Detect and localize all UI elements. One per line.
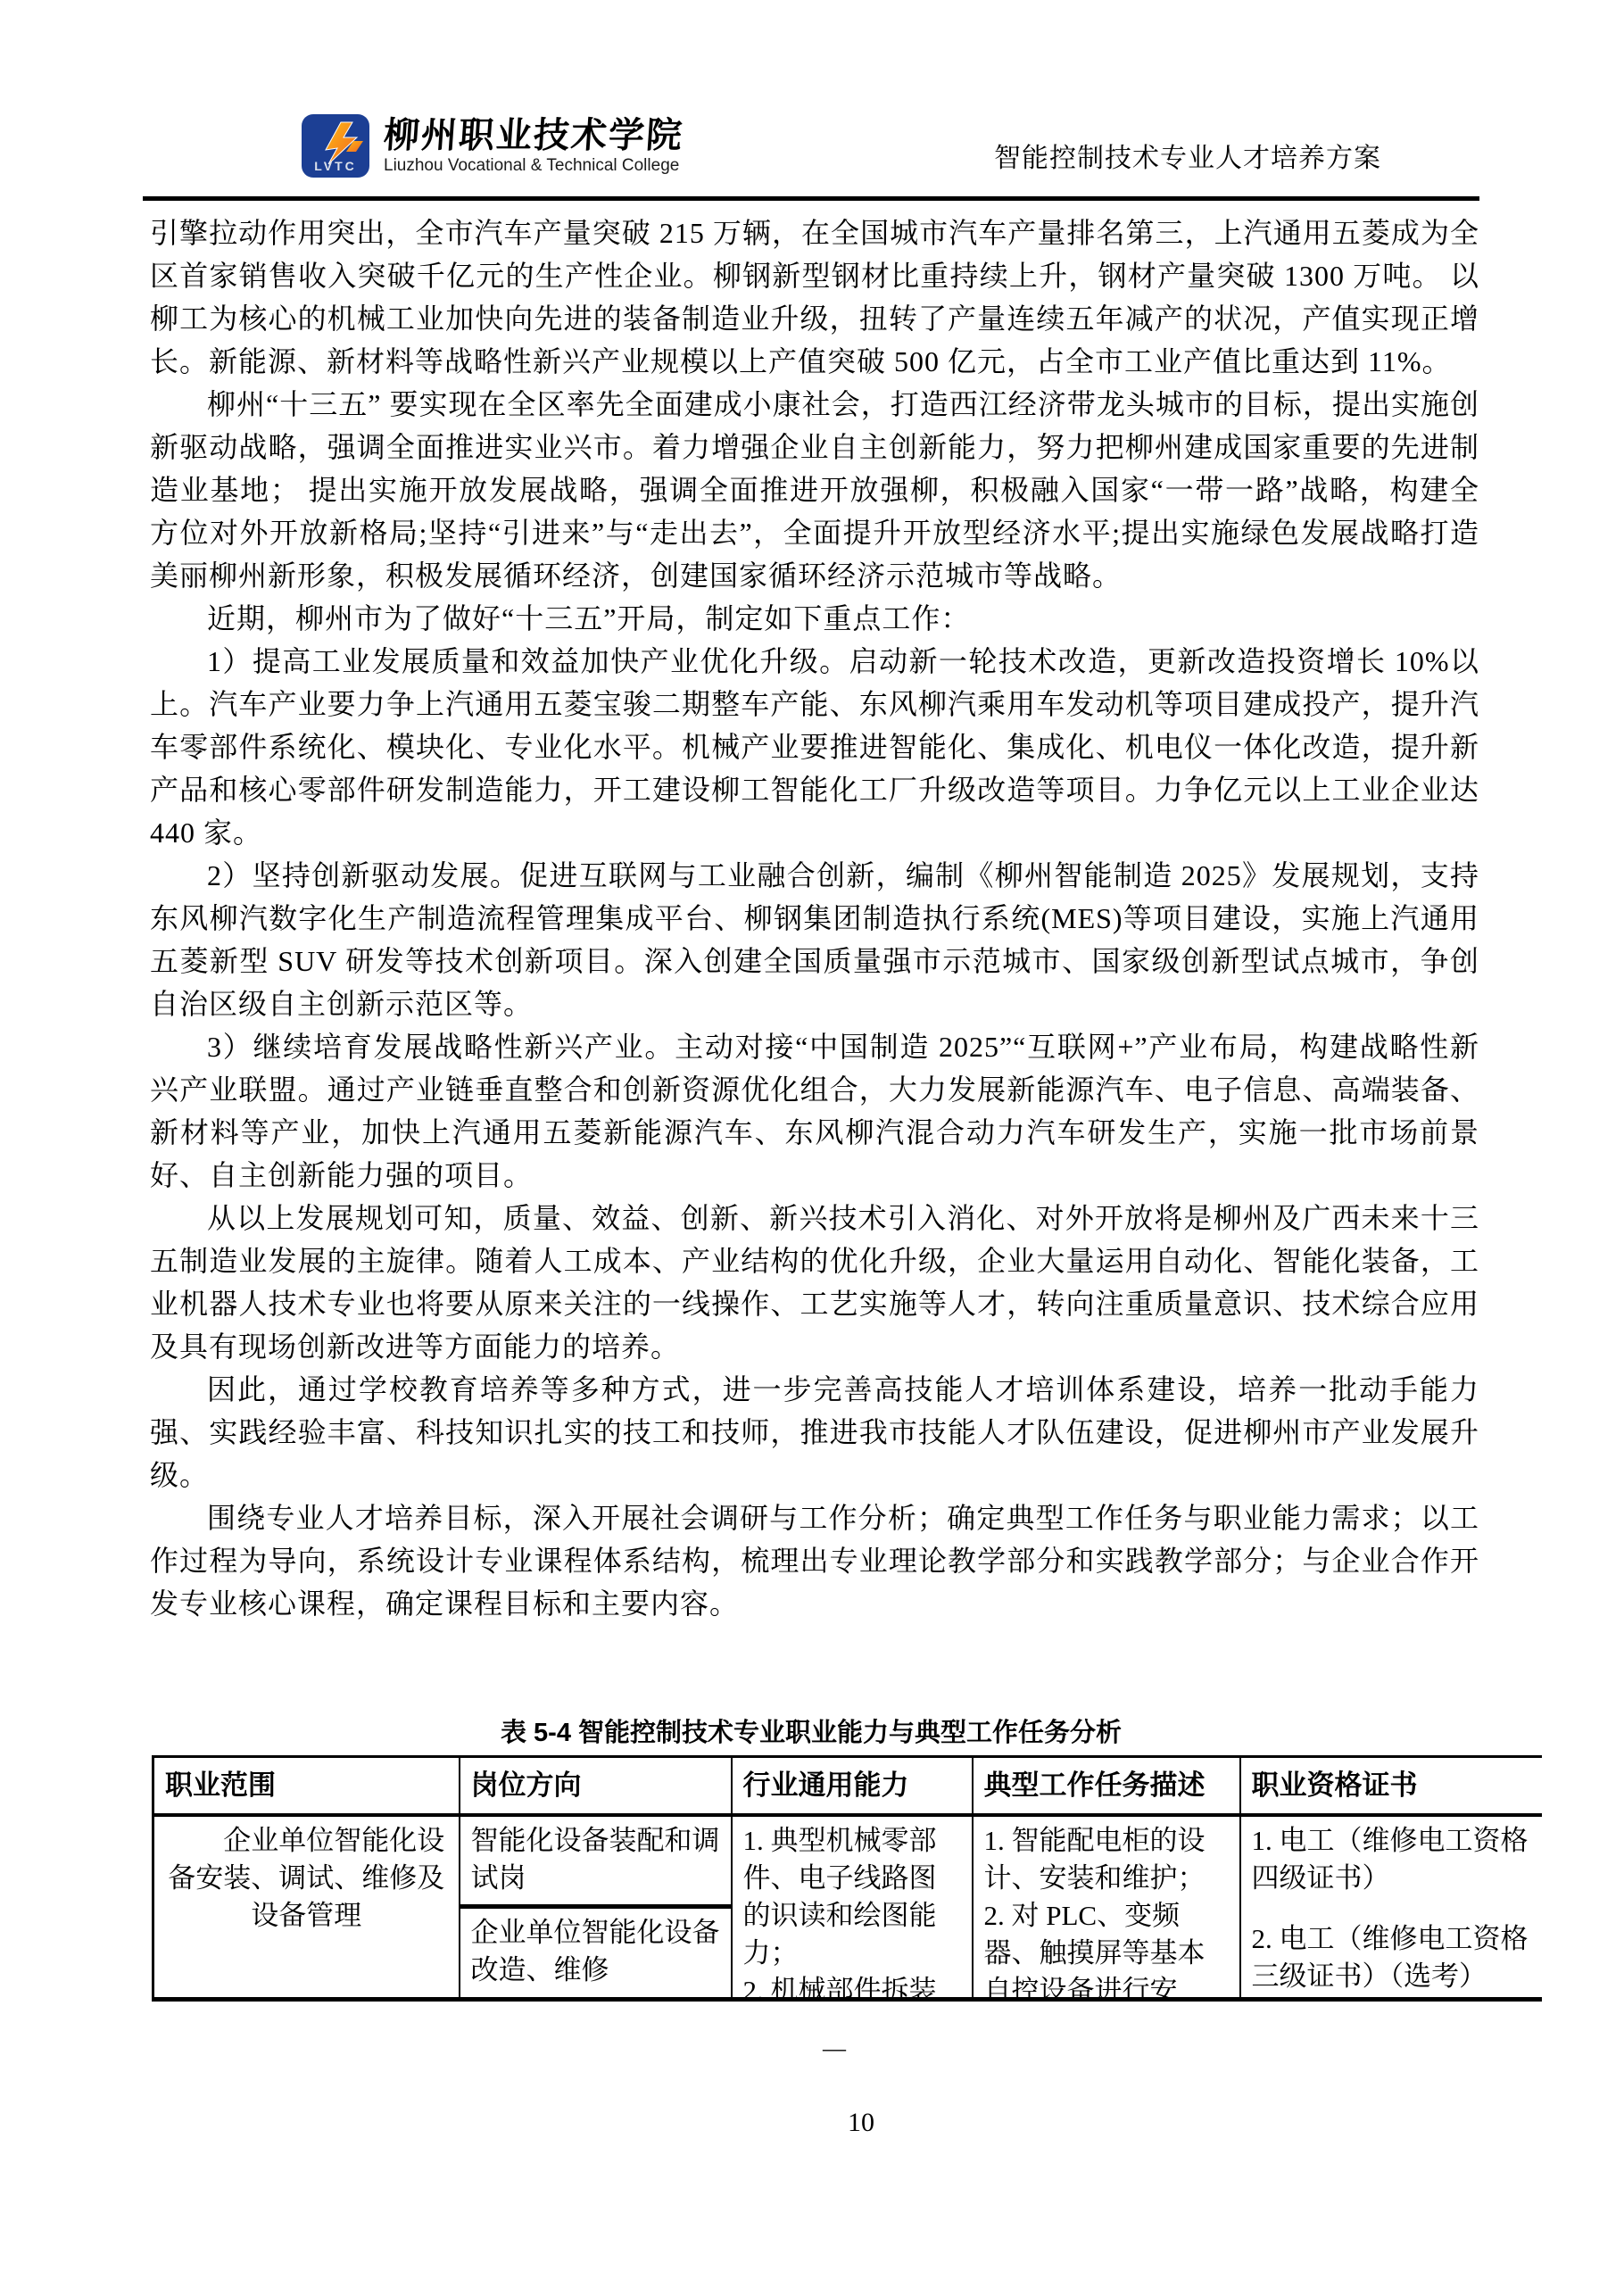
school-name-zh: 柳州职业技术学院 xyxy=(382,116,684,155)
cell-typical-tasks: 1. 智能配电柜的设计、安装和维护； 2. 对 PLC、变频器、触摸屏等基本自控… xyxy=(973,1815,1240,2002)
header-divider xyxy=(143,196,1479,201)
certificate-item: 2. 电工（维修电工资格三级证书）（选考） xyxy=(1252,1920,1532,1995)
task-item: 1. 智能配电柜的设计、安装和维护； xyxy=(984,1822,1229,1897)
cell-post-direction-1: 智能化设备装配和调试岗 xyxy=(460,1815,732,1907)
ability-item: 1. 典型机械零部件、电子线路图的识读和绘图能力； xyxy=(743,1822,961,1972)
school-name-en: Liuzhou Vocational & Technical College xyxy=(384,155,684,177)
paragraph: 从以上发展规划可知，质量、效益、创新、新兴技术引入消化、对外开放将是柳州及广西未… xyxy=(150,1197,1479,1368)
cell-post-direction-2: 企业单位智能化设备改造、维修 xyxy=(460,1907,732,2002)
lvtc-logo-icon: LVTC xyxy=(302,114,369,178)
header-certificates: 职业资格证书 xyxy=(1240,1757,1543,1816)
certificate-item: 1. 电工（维修电工资格四级证书） xyxy=(1252,1822,1532,1897)
cell-generic-abilities: 1. 典型机械零部件、电子线路图的识读和绘图能力； 2. 机械部件拆装 xyxy=(732,1815,973,2002)
paragraph: 围绕专业人才培养目标，深入开展社会调研与工作分析；确定典型工作任务与职业能力需求… xyxy=(150,1496,1479,1625)
paragraph: 因此，通过学校教育培养等多种方式，进一步完善高技能人才培训体系建设，培养一批动手… xyxy=(150,1368,1479,1496)
logo-abbr: LVTC xyxy=(314,159,357,173)
paragraph: 3）继续培育发展战略性新兴产业。主动对接“中国制造 2025”“互联网+”产业布… xyxy=(150,1025,1479,1197)
paragraph: 1）提高工业发展质量和效益加快产业优化升级。启动新一轮技术改造，更新改造投资增长… xyxy=(150,640,1479,854)
paragraph: 2）坚持创新驱动发展。促进互联网与工业融合创新，编制《柳州智能制造 2025》发… xyxy=(150,854,1479,1025)
page-number-value: 10 xyxy=(848,2108,874,2137)
paragraph: 柳州“十三五” 要实现在全区率先全面建成小康社会，打造西江经济带龙头城市的目标，… xyxy=(150,383,1479,597)
page-number: 10 xyxy=(0,2108,1624,2138)
cell-occupation-scope: 企业单位智能化设备安装、调试、维修及设备管理 xyxy=(153,1815,460,2002)
body-text: 引擎拉动作用突出，全市汽车产量突破 215 万辆，在全国城市汽车产量排名第三，上… xyxy=(150,211,1479,1714)
header-occupation-scope: 职业范围 xyxy=(153,1757,460,1816)
table-header-row: 职业范围 岗位方向 行业通用能力 典型工作任务描述 职业资格证书 xyxy=(153,1757,1543,1816)
header-typical-tasks: 典型工作任务描述 xyxy=(973,1757,1240,1816)
header-post-direction: 岗位方向 xyxy=(460,1757,732,1816)
header-generic-ability: 行业通用能力 xyxy=(732,1757,973,1816)
occupation-scope-text: 企业单位智能化设备安装、调试、维修及设备管理 xyxy=(165,1822,448,1935)
document-title: 智能控制技术专业人才培养方案 xyxy=(994,144,1381,174)
occupation-table-wrap: 职业范围 岗位方向 行业通用能力 典型工作任务描述 职业资格证书 企业单位智能化… xyxy=(152,1755,1542,2002)
task-item: 2. 对 PLC、变频器、触摸屏等基本自控设备进行安装、操 xyxy=(984,1897,1229,2002)
document-page: LVTC 柳州职业技术学院 Liuzhou Vocational & Techn… xyxy=(0,0,1624,2296)
paragraph: 近期，柳州市为了做好“十三五”开局，制定如下重点工作： xyxy=(150,597,1479,640)
school-logo: LVTC 柳州职业技术学院 Liuzhou Vocational & Techn… xyxy=(302,114,684,178)
table-caption: 表 5-4 智能控制技术专业职业能力与典型工作任务分析 xyxy=(143,1718,1479,1748)
table-row: 企业单位智能化设备安装、调试、维修及设备管理 智能化设备装配和调试岗 1. 典型… xyxy=(153,1815,1543,1907)
school-names: 柳州职业技术学院 Liuzhou Vocational & Technical … xyxy=(384,114,684,177)
occupation-analysis-table: 职业范围 岗位方向 行业通用能力 典型工作任务描述 职业资格证书 企业单位智能化… xyxy=(152,1755,1542,2002)
cell-certificates: 1. 电工（维修电工资格四级证书） 2. 电工（维修电工资格三级证书）（选考） xyxy=(1240,1815,1543,2002)
paragraph: 引擎拉动作用突出，全市汽车产量突破 215 万辆，在全国城市汽车产量排名第三，上… xyxy=(150,211,1479,383)
footnote-dash: — xyxy=(823,2035,846,2062)
ability-item: 2. 机械部件拆装 xyxy=(743,1972,961,2002)
